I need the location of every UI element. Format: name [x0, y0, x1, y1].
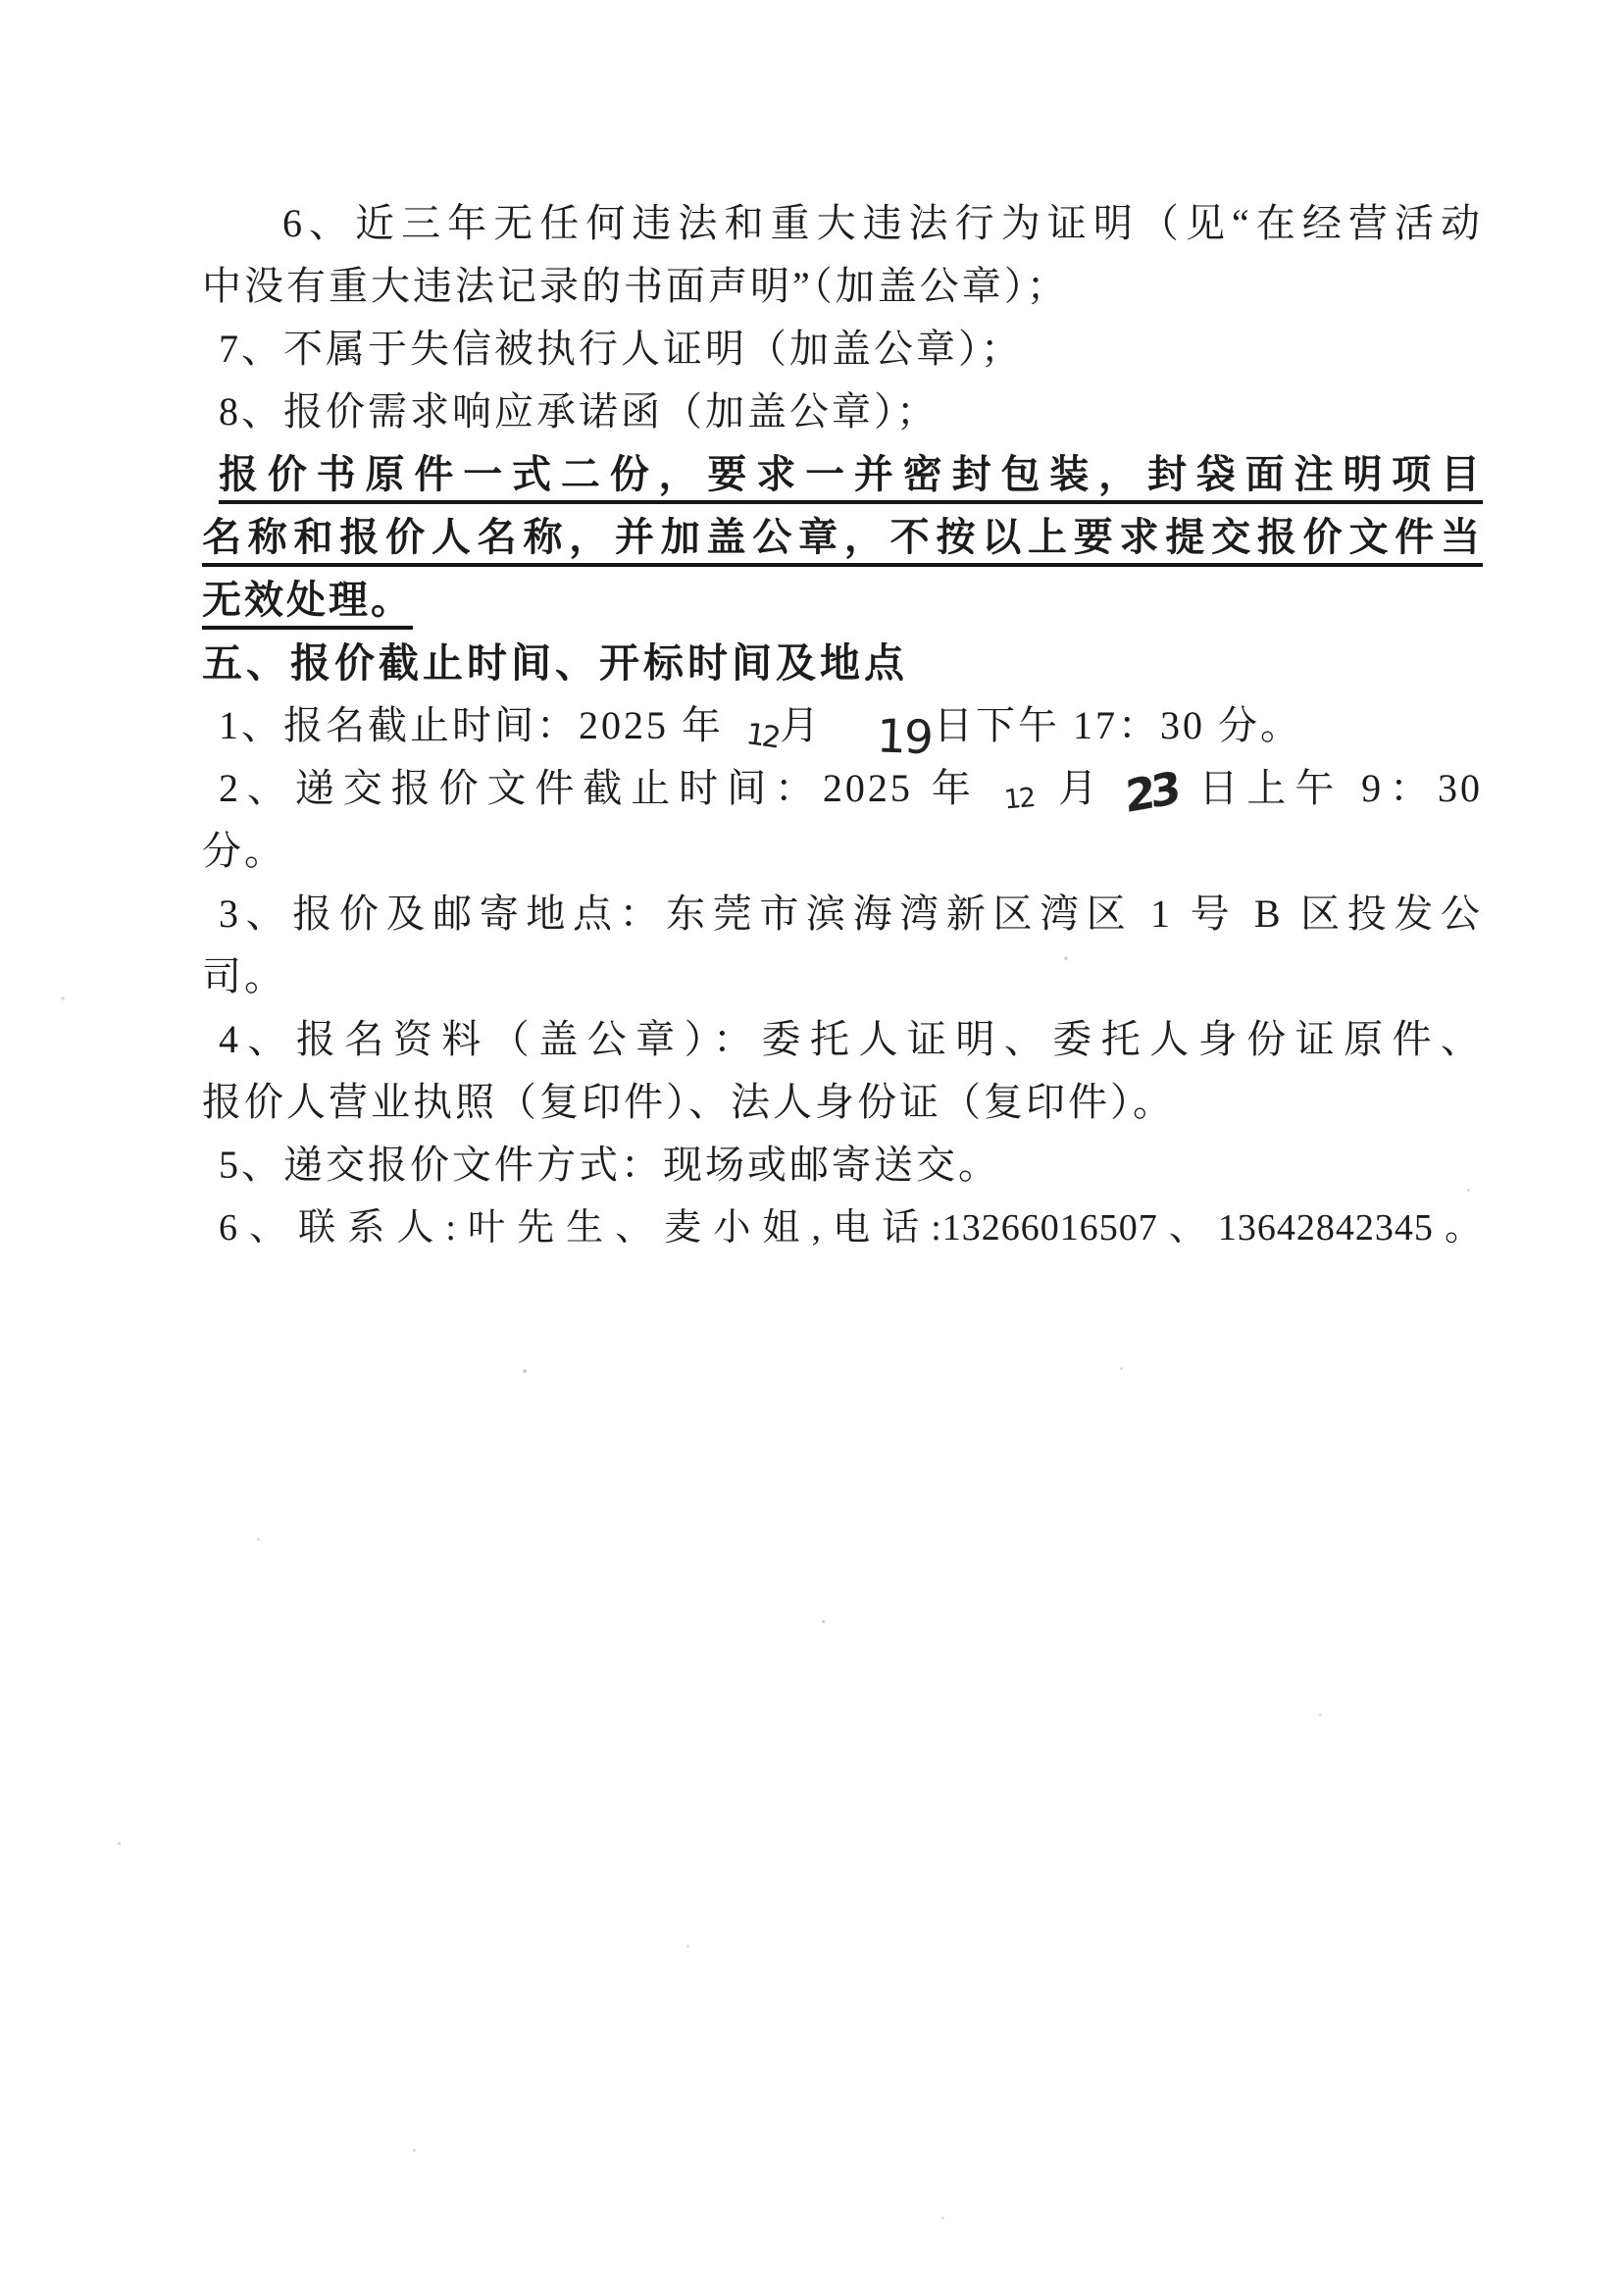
scan-speck [413, 2149, 416, 2152]
text-segment: 司。 [202, 954, 286, 998]
item-8: 8、报价需求响应承诺函（加盖公章）； [202, 381, 1483, 443]
text-segment: 日下午 17：30 分。 [934, 703, 1302, 747]
underlined-text: 名称和报价人名称，并加盖公章，不按以上要求提交报价文件当 [202, 515, 1483, 567]
scan-speck [1120, 1367, 1123, 1370]
scanned-document-page: 6、近三年无任何违法和重大违法行为证明（见“在经营活动中没有重大违法记录的书面声… [0, 0, 1624, 2293]
contact-info: 6、联系人:叶先生、麦小姐,电话:13266016507、13642842345… [202, 1197, 1483, 1259]
text-segment: 报价书原件一式二份，要求一并密封包装，封袋面注明项目 [219, 452, 1483, 496]
address-line-2: 司。 [202, 945, 1483, 1008]
underlined-text: 无效处理。 [202, 578, 413, 630]
deadline-registration: 1、报名截止时间：2025 年12月 19日下午 17：30 分。 [202, 694, 1483, 757]
handwritten-date-value: 23 [1108, 766, 1177, 823]
text-segment: 日上午 9：30 [1181, 766, 1483, 810]
address-line-1: 3、报价及邮寄地点：东莞市滨海湾新区湾区 1 号 B 区投发公 [202, 883, 1483, 945]
scan-speck [523, 1369, 527, 1373]
text-segment: 报价人营业执照（复印件）、法人身份证（复印件）。 [202, 1080, 1175, 1124]
text-segment: 无效处理。 [202, 578, 413, 622]
handwritten-date-value: 19 [859, 713, 932, 762]
materials-line-2: 报价人营业执照（复印件）、法人身份证（复印件）。 [202, 1071, 1483, 1134]
text-segment: 6、近三年无任何违法和重大违法行为证明（见“在经营活动 [282, 201, 1483, 245]
scan-speck [941, 2217, 944, 2219]
sealed-notice-line-3: 无效处理。 [202, 569, 1483, 632]
scan-speck [686, 1945, 689, 1948]
sealed-notice-line-1: 报价书原件一式二份，要求一并密封包装，封袋面注明项目 [202, 443, 1483, 506]
text-segment: 名称和报价人名称，并加盖公章，不按以上要求提交报价文件当 [202, 515, 1483, 559]
scan-speck [118, 1842, 121, 1845]
materials-line-1: 4、报名资料（盖公章）：委托人证明、委托人身份证原件、 [202, 1008, 1483, 1071]
document-text: 6、近三年无任何违法和重大违法行为证明（见“在经营活动中没有重大违法记录的书面声… [202, 192, 1483, 1259]
underlined-text: 报价书原件一式二份，要求一并密封包装，封袋面注明项目 [219, 452, 1483, 504]
scan-speck [61, 996, 65, 1000]
scan-speck [822, 1620, 825, 1623]
text-segment: 中没有重大违法记录的书面声明”（加盖公章）； [202, 264, 1069, 308]
section-5-heading: 五、报价截止时间、开标时间及地点 [202, 632, 1483, 694]
text-segment: 2、递交报价文件截止时间：2025 年 [219, 766, 980, 810]
scan-speck [1319, 1713, 1322, 1716]
item-6-line-2: 中没有重大违法记录的书面声明”（加盖公章）； [202, 255, 1483, 318]
text-segment: 7、不属于失信被执行人证明（加盖公章）； [219, 327, 1023, 371]
text-segment: 6、联系人:叶先生、麦小姐,电话:13266016507、13642842345… [219, 1207, 1483, 1248]
item-6-line-1: 6、近三年无任何违法和重大违法行为证明（见“在经营活动 [202, 192, 1483, 255]
item-7: 7、不属于失信被执行人证明（加盖公章）； [202, 318, 1483, 381]
handwritten-date-value: 12 [987, 785, 1036, 815]
text-segment: 五、报价截止时间、开标时间及地点 [202, 640, 908, 686]
deadline-submission-line-1: 2、递交报价文件截止时间：2025 年12 月23 日上午 9：30 [202, 757, 1483, 820]
handwritten-date-value: 12 [728, 718, 780, 754]
scan-speck [1467, 1189, 1470, 1192]
text-segment: 分。 [202, 829, 286, 873]
text-segment: 5、递交报价文件方式：现场或邮寄送交。 [219, 1143, 1000, 1187]
text-segment: 月 [1040, 766, 1106, 810]
text-segment: 4、报名资料（盖公章）：委托人证明、委托人身份证原件、 [219, 1017, 1483, 1061]
scan-speck [257, 1538, 260, 1541]
scan-speck [1064, 956, 1068, 960]
text-segment: 1、报名截止时间：2025 年 [219, 703, 724, 747]
deadline-submission-line-2: 分。 [202, 820, 1483, 883]
delivery-method: 5、递交报价文件方式：现场或邮寄送交。 [202, 1134, 1483, 1197]
text-segment: 月 [780, 703, 835, 747]
sealed-notice-line-2: 名称和报价人名称，并加盖公章，不按以上要求提交报价文件当 [202, 506, 1483, 569]
text-segment: 3、报价及邮寄地点：东莞市滨海湾新区湾区 1 号 B 区投发公 [219, 892, 1483, 936]
text-segment: 8、报价需求响应承诺函（加盖公章）； [219, 389, 939, 433]
